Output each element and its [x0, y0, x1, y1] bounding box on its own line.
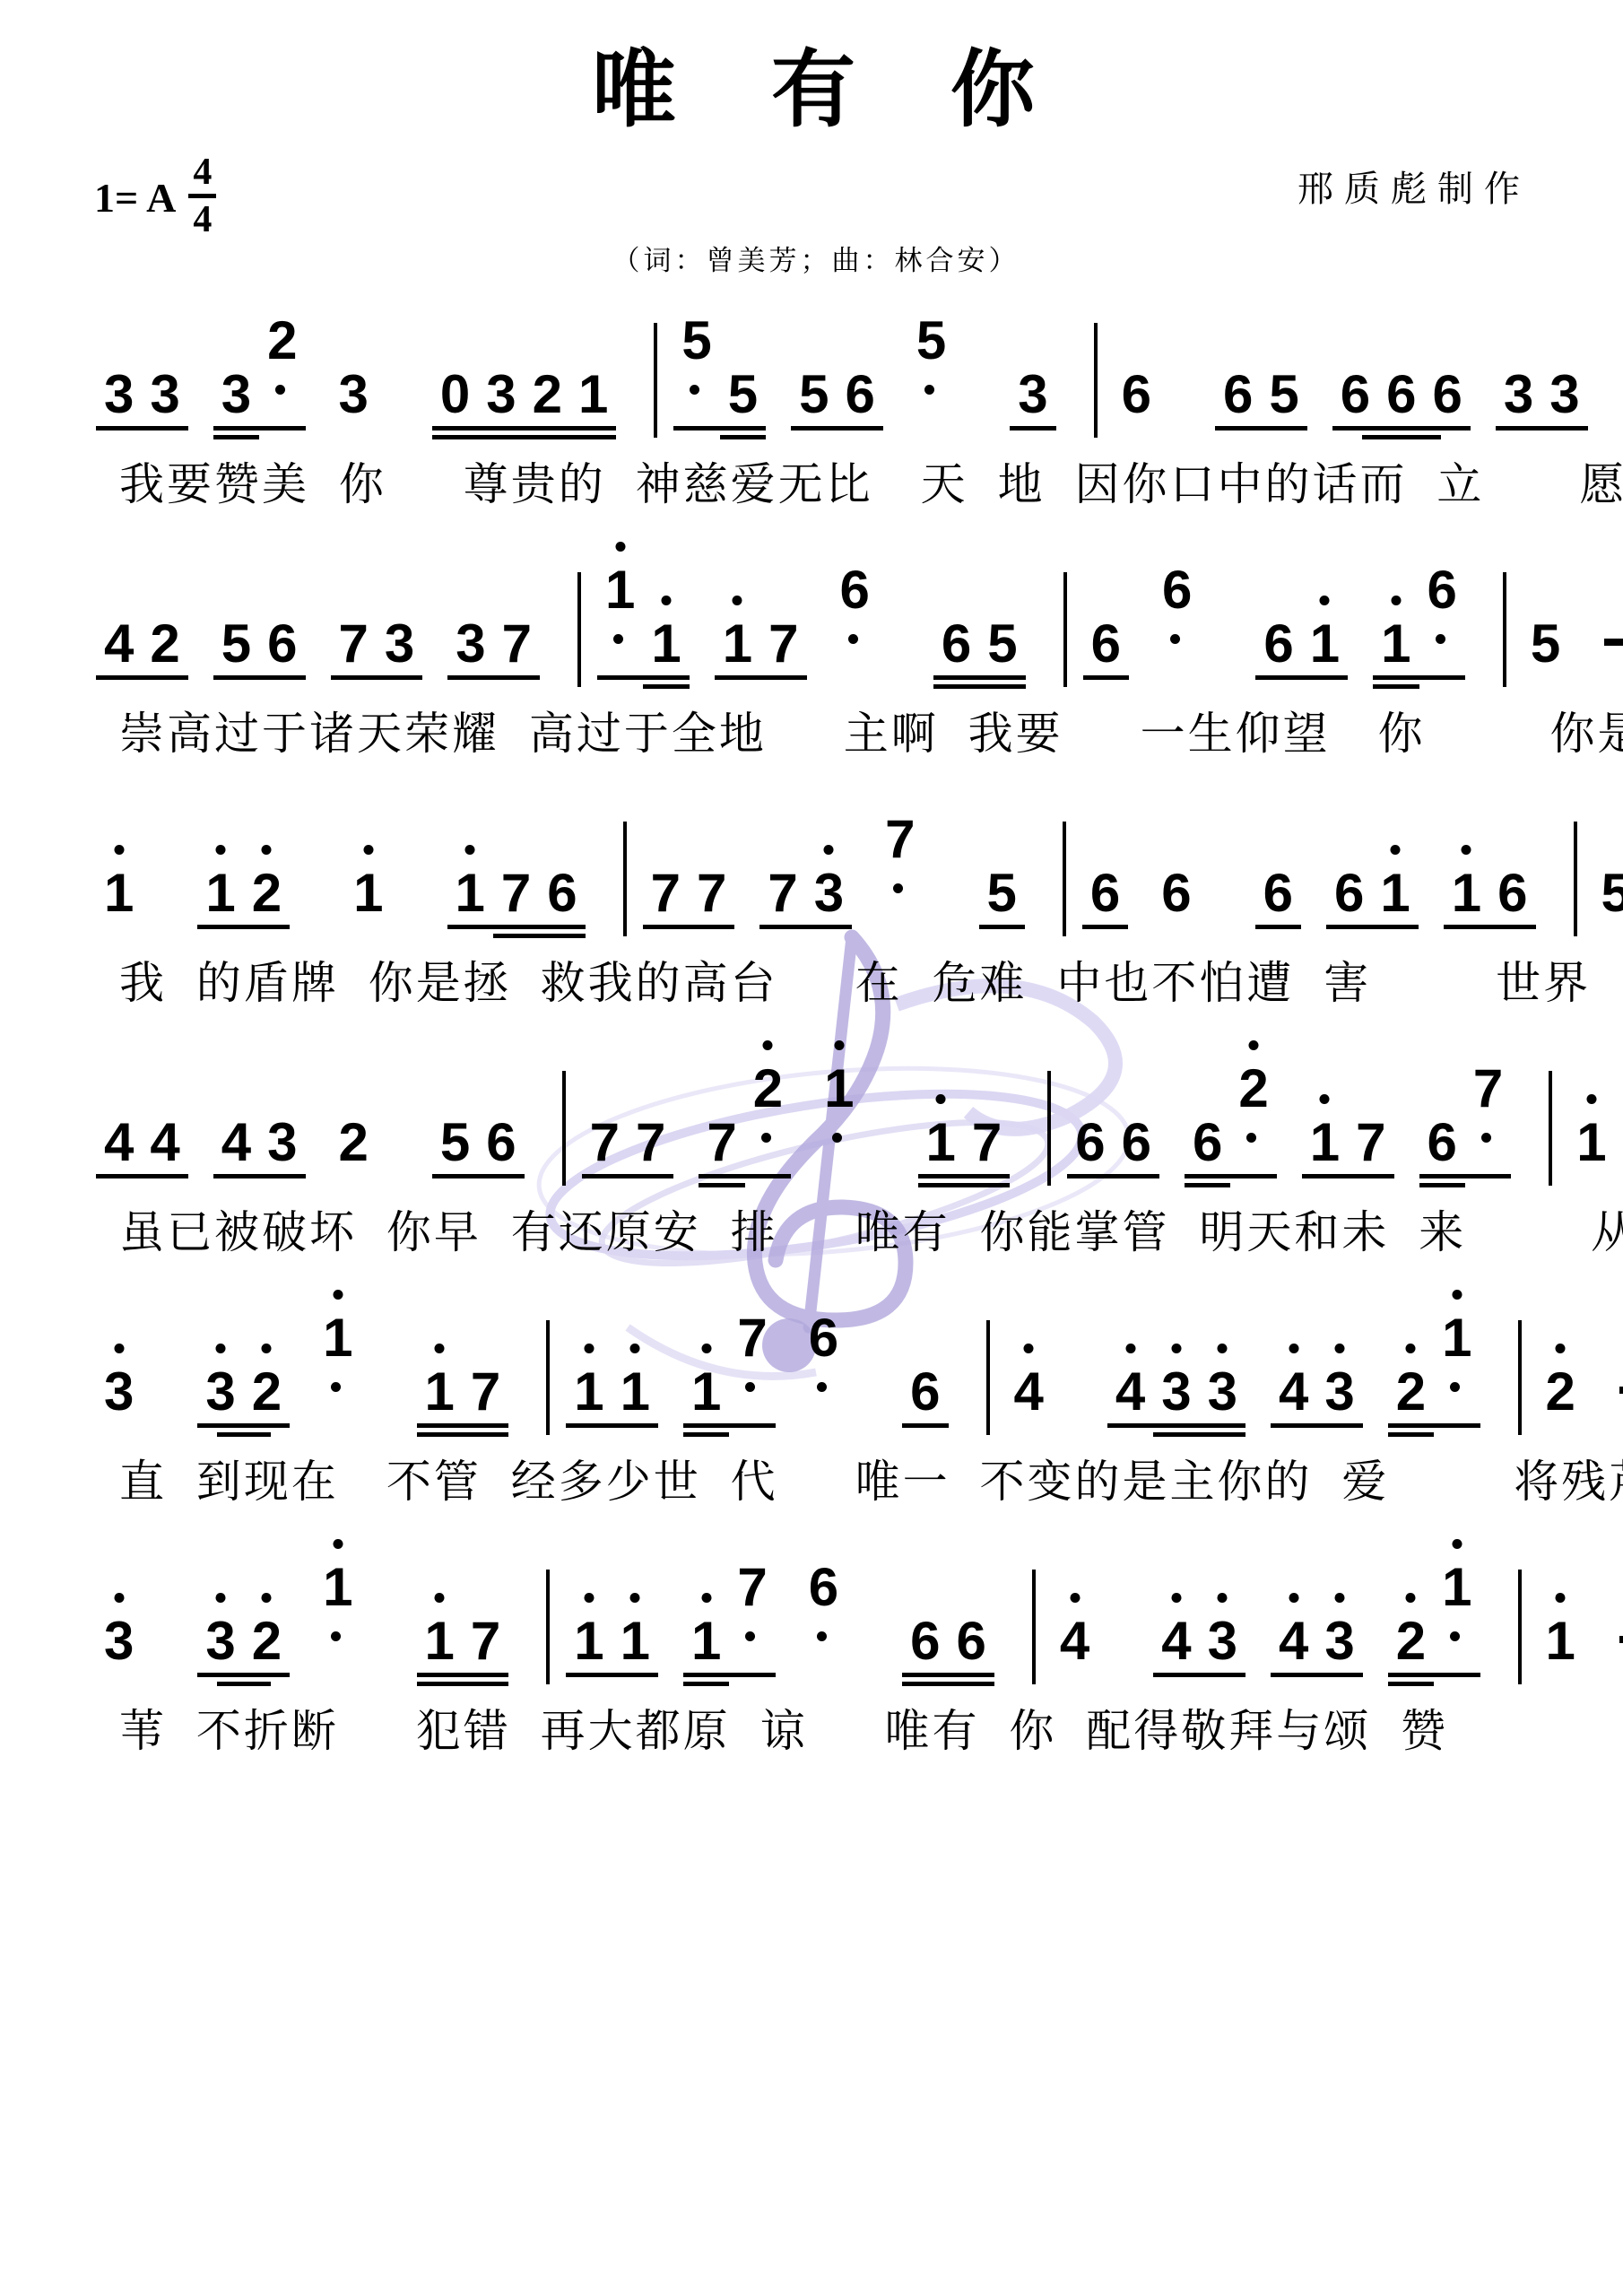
- arranger-credit: 邢质彪制作: [1298, 161, 1531, 212]
- note-group: 62: [1183, 1062, 1279, 1189]
- note-group: 1: [313, 1561, 362, 1688]
- octave-dot: [630, 1593, 640, 1603]
- note-row: 3321171117664433432120512: [94, 1302, 1538, 1439]
- note: 1: [1380, 866, 1410, 920]
- barline: [986, 1320, 990, 1435]
- note: 3: [1208, 1614, 1237, 1668]
- eighth-beam: [331, 675, 423, 680]
- note: 3: [267, 1116, 297, 1170]
- octave-dot: [1556, 1593, 1566, 1603]
- note-group: 5: [1521, 617, 1570, 691]
- note: 6: [910, 1614, 940, 1668]
- note: 6: [809, 1311, 838, 1419]
- note: 5: [1269, 368, 1298, 422]
- note-group: 2: [329, 1116, 378, 1189]
- duration-dash: [1619, 1636, 1623, 1643]
- eighth-beam: [566, 1673, 658, 1677]
- sixteenth-beam: [217, 1682, 271, 1686]
- note-group: 6: [1152, 563, 1202, 691]
- eighth-beam: [1271, 1673, 1363, 1677]
- note: 2: [753, 1062, 783, 1170]
- note-group: 43: [1151, 1614, 1247, 1688]
- note: 1: [205, 866, 235, 920]
- octave-dot: [216, 1593, 226, 1603]
- sixteenth-beam: [213, 435, 259, 439]
- note-group: 1: [814, 1062, 864, 1189]
- octave-dot: [262, 1593, 272, 1603]
- note: 6: [1090, 866, 1120, 920]
- note-group: 6: [1112, 368, 1161, 441]
- note: 6: [957, 1614, 986, 1668]
- note: 3: [205, 1614, 235, 1668]
- eighth-beam: [1388, 1423, 1480, 1428]
- note-row: 444325677721176662176710512: [94, 1053, 1538, 1189]
- note: 7: [636, 1116, 665, 1170]
- note: 6: [1497, 866, 1527, 920]
- note: 5: [799, 368, 829, 422]
- eighth-beam: [1107, 1423, 1245, 1428]
- octave-dot: [584, 1344, 594, 1353]
- note: 6: [1386, 368, 1416, 422]
- octave-dot: [630, 1344, 640, 1353]
- note-group: 4: [1004, 1365, 1054, 1439]
- eighth-beam: [1153, 1673, 1245, 1677]
- octave-dot: [733, 596, 742, 605]
- lyrics-row: 我要赞美 你 尊贵的 神慈爱无比 天 地 因你口中的话而 立 愿你: [119, 448, 1538, 513]
- note: 3: [205, 1365, 235, 1419]
- note-group: 6: [900, 1365, 950, 1439]
- note: 4: [104, 1116, 134, 1170]
- note-group: 65: [932, 617, 1028, 691]
- note-group: 17: [681, 1561, 777, 1688]
- note: 1: [425, 1614, 455, 1668]
- note-group: 17: [1300, 1116, 1396, 1189]
- augmentation-dot: [690, 385, 699, 395]
- sixteenth-beam: [902, 1682, 994, 1686]
- note: 5: [681, 314, 711, 422]
- note: 7: [590, 1116, 620, 1170]
- note: 3: [339, 368, 369, 422]
- sixteenth-beam: [217, 1432, 271, 1437]
- augmentation-dot: [848, 634, 858, 644]
- note-group: 17: [916, 1116, 1012, 1189]
- octave-dot: [1320, 596, 1330, 605]
- note-group: 11: [564, 1365, 660, 1439]
- note: 1: [425, 1365, 455, 1419]
- note: 2: [1238, 1062, 1268, 1170]
- note: 2: [267, 314, 297, 422]
- sixteenth-beam: [683, 1682, 729, 1686]
- note-group: 11: [564, 1614, 660, 1688]
- eighth-beam: [417, 1673, 509, 1677]
- sixteenth-beam: [1419, 1183, 1465, 1187]
- eighth-beam: [96, 1174, 188, 1178]
- octave-dot: [1024, 1344, 1034, 1353]
- note: 3: [385, 617, 414, 671]
- eighth-beam: [96, 675, 188, 680]
- key-signature: 1= A44: [94, 153, 216, 239]
- note-group: 5: [977, 866, 1027, 940]
- note-group: 33: [94, 368, 190, 441]
- barline: [1032, 1570, 1036, 1684]
- octave-dot: [1070, 1593, 1080, 1603]
- eighth-beam: [597, 675, 690, 680]
- octave-dot: [763, 1040, 773, 1050]
- barline: [623, 822, 627, 936]
- sixteenth-beam: [417, 1682, 509, 1686]
- octave-dot: [262, 1344, 272, 1353]
- note: 1: [723, 617, 752, 671]
- eighth-beam: [96, 426, 188, 430]
- octave-dot: [1452, 1290, 1462, 1300]
- octave-dot: [584, 1593, 594, 1603]
- augmentation-dot: [745, 1382, 755, 1392]
- note: 6: [1122, 368, 1151, 422]
- eighth-beam: [1388, 1673, 1480, 1677]
- note-group: 56: [430, 1116, 526, 1189]
- augmentation-dot: [1246, 1133, 1256, 1143]
- duration-dash: [1619, 1387, 1623, 1394]
- augmentation-dot: [1436, 634, 1445, 644]
- eighth-beam: [197, 1423, 290, 1428]
- augmentation-dot: [1170, 634, 1180, 644]
- note-group: 61: [1254, 617, 1350, 691]
- note: 1: [323, 1561, 352, 1668]
- octave-dot: [1289, 1593, 1298, 1603]
- note: 7: [972, 1116, 1002, 1170]
- note: 6: [942, 617, 971, 671]
- augmentation-dot: [331, 1631, 341, 1641]
- note: 3: [1018, 368, 1047, 422]
- eighth-beam: [683, 1673, 776, 1677]
- note: 1: [574, 1365, 603, 1419]
- music-line-2: 425673371117665666116555 崇高过于诸天荣耀 高过于全地 …: [94, 554, 1538, 762]
- note: 5: [1531, 617, 1560, 671]
- augmentation-dot: [613, 634, 623, 644]
- note: 1: [1310, 1116, 1340, 1170]
- note-group: 1: [313, 1311, 362, 1439]
- eighth-beam: [918, 1174, 1011, 1178]
- note: 5: [440, 1116, 470, 1170]
- note-group: 433: [1106, 1365, 1247, 1439]
- note: 1: [605, 563, 635, 671]
- augmentation-dot: [924, 385, 934, 395]
- eighth-beam: [1067, 1174, 1159, 1178]
- note-group: 43: [1269, 1365, 1365, 1439]
- lyrics-row: 我 的盾牌 你是拯 救我的高台 在 危难 中也不怕遭 害 世界: [119, 947, 1538, 1012]
- augmentation-dot: [761, 1133, 771, 1143]
- sixteenth-beam: [643, 684, 689, 689]
- octave-dot: [1586, 1094, 1596, 1104]
- note: 1: [353, 866, 383, 920]
- note-group: 6: [1254, 866, 1303, 940]
- note-group: 43: [212, 1116, 308, 1189]
- eighth-beam: [1444, 925, 1536, 929]
- eighth-beam: [902, 1673, 994, 1677]
- note-group: 0321: [430, 368, 619, 441]
- note: 6: [547, 866, 577, 920]
- note: 2: [1546, 1365, 1575, 1419]
- sheet-content: 唯 有 你 1= A44 邢质彪制作 （词：曾美芳；曲：林合安） 3332303…: [0, 0, 1623, 1760]
- note: 3: [104, 1365, 134, 1419]
- note: 6: [1263, 866, 1293, 920]
- note-group: 65: [1213, 368, 1309, 441]
- note: 3: [221, 368, 251, 422]
- note-group: 33: [1494, 368, 1590, 441]
- note: 1: [1576, 1116, 1606, 1170]
- eighth-beam: [213, 1174, 306, 1178]
- eighth-beam: [1373, 675, 1465, 680]
- note: 3: [1324, 1365, 1354, 1419]
- octave-dot: [1406, 1593, 1416, 1603]
- note: 3: [1208, 1365, 1237, 1419]
- note: 5: [728, 368, 758, 422]
- note: 7: [1356, 1116, 1385, 1170]
- note-group: 2: [1536, 1365, 1585, 1439]
- augmentation-dot: [1450, 1631, 1460, 1641]
- note-group: 73: [758, 866, 854, 940]
- octave-dot: [114, 1593, 124, 1603]
- eighth-beam: [1332, 426, 1471, 430]
- augmentation-dot: [832, 1133, 842, 1143]
- note-group: 5: [907, 314, 956, 441]
- eighth-beam: [1419, 1174, 1512, 1178]
- note-group: 77: [580, 1116, 676, 1189]
- sixteenth-beam: [683, 1432, 729, 1437]
- barline: [1518, 1570, 1522, 1684]
- note-group: 1: [1536, 1614, 1585, 1688]
- octave-dot: [1218, 1593, 1228, 1603]
- sixteenth-beam: [918, 1183, 1011, 1187]
- octave-dot: [1452, 1539, 1462, 1549]
- note-group: 32: [195, 1614, 291, 1688]
- augmentation-dot: [331, 1382, 341, 1392]
- note: 6: [840, 563, 870, 671]
- note: 3: [1161, 1365, 1191, 1419]
- eighth-beam: [1255, 925, 1301, 929]
- note-group: 37: [446, 617, 542, 691]
- note: 2: [1396, 1365, 1426, 1419]
- octave-dot: [1335, 1344, 1345, 1353]
- note: 3: [104, 1614, 134, 1668]
- note-group: 6: [830, 563, 880, 691]
- time-signature-numerator: 4: [188, 153, 216, 198]
- note: 7: [768, 617, 798, 671]
- note: 3: [456, 617, 485, 671]
- augmentation-dot: [745, 1631, 755, 1641]
- octave-dot: [114, 845, 124, 855]
- note: 2: [150, 617, 179, 671]
- note-group: 32: [195, 1365, 291, 1439]
- barline: [654, 323, 657, 438]
- octave-dot: [1462, 845, 1471, 855]
- note: 1: [824, 1062, 854, 1170]
- octave-dot: [1391, 596, 1401, 605]
- note-group: 32: [212, 314, 308, 441]
- octave-dot: [435, 1344, 445, 1353]
- octave-dot: [216, 845, 226, 855]
- note: 6: [1428, 1116, 1457, 1170]
- augmentation-dot: [893, 883, 903, 893]
- note-row: 425673371117665666116555: [94, 554, 1538, 691]
- note-group: 3: [94, 1365, 143, 1439]
- eighth-beam: [582, 1174, 674, 1178]
- music-line-3: 11211767773756666116533 我 的盾牌 你是拯 救我的高台 …: [94, 804, 1538, 1012]
- octave-dot: [262, 845, 272, 855]
- eighth-beam: [1083, 675, 1129, 680]
- barline: [1047, 1071, 1051, 1186]
- note: 6: [1162, 563, 1192, 671]
- time-signature-denominator: 4: [188, 198, 216, 239]
- note-group: 3: [94, 1614, 143, 1688]
- note: 1: [651, 617, 681, 671]
- note: 7: [651, 866, 681, 920]
- note: 4: [221, 1116, 251, 1170]
- note: 4: [1161, 1614, 1191, 1668]
- note: 4: [104, 617, 134, 671]
- note: 1: [1381, 617, 1410, 671]
- sixteenth-beam: [1185, 1183, 1230, 1187]
- eighth-beam: [1010, 426, 1055, 430]
- eighth-beam: [683, 1423, 776, 1428]
- note: 1: [104, 866, 134, 920]
- note-group: 73: [329, 617, 425, 691]
- note: 6: [1428, 563, 1457, 671]
- note: 1: [1442, 1561, 1471, 1668]
- note: 6: [910, 1365, 940, 1419]
- note: 5: [1601, 866, 1623, 920]
- note-group: 17: [415, 1365, 511, 1439]
- note: 5: [987, 866, 1017, 920]
- augmentation-dot: [1450, 1382, 1460, 1392]
- octave-dot: [936, 1094, 946, 1104]
- augmentation-dot: [1481, 1133, 1491, 1143]
- note: 5: [916, 314, 946, 422]
- note: 7: [1473, 1062, 1503, 1170]
- note: 1: [323, 1311, 352, 1419]
- octave-dot: [435, 1593, 445, 1603]
- barline: [546, 1570, 550, 1684]
- note: 1: [1442, 1311, 1471, 1419]
- eighth-beam: [447, 925, 586, 929]
- sixteenth-beam: [417, 1432, 509, 1437]
- note-group: 44: [94, 1116, 190, 1189]
- note-group: 6: [799, 1311, 848, 1439]
- sheet-music-page: 唯 有 你 1= A44 邢质彪制作 （词：曾美芳；曲：林合安） 3332303…: [0, 0, 1623, 2296]
- note-group: 7: [875, 813, 924, 940]
- octave-dot: [1171, 1593, 1181, 1603]
- note: 3: [1549, 368, 1579, 422]
- eighth-beam: [1496, 426, 1588, 430]
- note-group: 17: [681, 1311, 777, 1439]
- eighth-beam: [447, 675, 540, 680]
- eighth-beam: [213, 426, 306, 430]
- note: 6: [1075, 1116, 1105, 1170]
- note: 4: [1060, 1614, 1089, 1668]
- lyrics-row: 虽已被破坏 你早 有还原安 排 唯有 你能掌管 明天和未 来 从过去: [119, 1196, 1538, 1261]
- note-group: 55: [672, 314, 768, 441]
- octave-dot: [1406, 1344, 1416, 1353]
- music-line-4: 444325677721176662176710512 虽已被破坏 你早 有还原…: [94, 1053, 1538, 1261]
- note: 3: [1504, 368, 1533, 422]
- eighth-beam: [699, 1174, 791, 1178]
- note-group: 16: [1442, 866, 1538, 940]
- barline: [1518, 1320, 1522, 1435]
- note: 1: [926, 1116, 956, 1170]
- note-group: 6: [1081, 617, 1131, 691]
- eighth-beam: [791, 426, 883, 430]
- barline: [546, 1320, 550, 1435]
- barline: [1063, 572, 1067, 687]
- eighth-beam: [197, 1673, 290, 1677]
- octave-dot: [1556, 1344, 1566, 1353]
- sixteenth-beam: [1153, 1432, 1199, 1437]
- note-group: 1: [94, 866, 143, 940]
- note: 1: [1546, 1614, 1575, 1668]
- octave-dot: [1320, 1094, 1330, 1104]
- note-group: 66: [1065, 1116, 1161, 1189]
- note-group: 42: [94, 617, 190, 691]
- note: 7: [737, 1311, 767, 1419]
- eighth-beam: [417, 1423, 509, 1428]
- note: 7: [707, 1116, 736, 1170]
- note: 4: [1014, 1365, 1044, 1419]
- note: 4: [150, 1116, 179, 1170]
- octave-dot: [1171, 1344, 1181, 1353]
- note-group: 56: [789, 368, 885, 441]
- octave-dot: [114, 1344, 124, 1353]
- note: 6: [1341, 368, 1370, 422]
- note: 4: [1115, 1365, 1145, 1419]
- octave-dot: [834, 1040, 844, 1050]
- note-group: 17: [713, 617, 809, 691]
- note-group: 4: [1050, 1614, 1099, 1688]
- music-line-1: 33323032155565366566633223 我要赞美 你 尊贵的 神慈…: [94, 305, 1538, 513]
- key-row: 1= A44 邢质彪制作: [94, 139, 1538, 247]
- eighth-beam: [979, 925, 1025, 929]
- note: 2: [252, 1365, 282, 1419]
- barline: [1549, 1071, 1552, 1186]
- lyrics-row: 崇高过于诸天荣耀 高过于全地 主啊 我要 一生仰望 你 你是: [119, 698, 1538, 762]
- note: 6: [1263, 617, 1293, 671]
- sixteenth-beam: [1362, 435, 1442, 439]
- note-group: 72: [697, 1062, 793, 1189]
- note-row: 332117111766644343211: [94, 1552, 1538, 1688]
- key-value: 1= A: [94, 175, 176, 221]
- note: 6: [1122, 1116, 1151, 1170]
- note: 1: [456, 866, 485, 920]
- octave-dot: [701, 1344, 711, 1353]
- octave-dot: [465, 845, 475, 855]
- note-group: 43: [1269, 1614, 1365, 1688]
- note: 5: [221, 617, 251, 671]
- music-line-5: 3321171117664433432120512 直 到现在 不管 经多少世 …: [94, 1302, 1538, 1510]
- note: 5: [987, 617, 1017, 671]
- eighth-beam: [566, 1423, 658, 1428]
- eighth-beam: [1302, 1174, 1394, 1178]
- barline: [562, 1071, 566, 1186]
- sixteenth-beam: [493, 934, 539, 938]
- sixteenth-beam: [1388, 1682, 1434, 1686]
- note: 1: [1310, 617, 1340, 671]
- sixteenth-beam: [1200, 1432, 1245, 1437]
- note-group: 56: [212, 617, 308, 691]
- sixteenth-beam: [720, 435, 766, 439]
- note: 6: [1091, 617, 1121, 671]
- eighth-beam: [432, 1174, 525, 1178]
- note-group: 66: [900, 1614, 996, 1688]
- octave-dot: [1125, 1344, 1135, 1353]
